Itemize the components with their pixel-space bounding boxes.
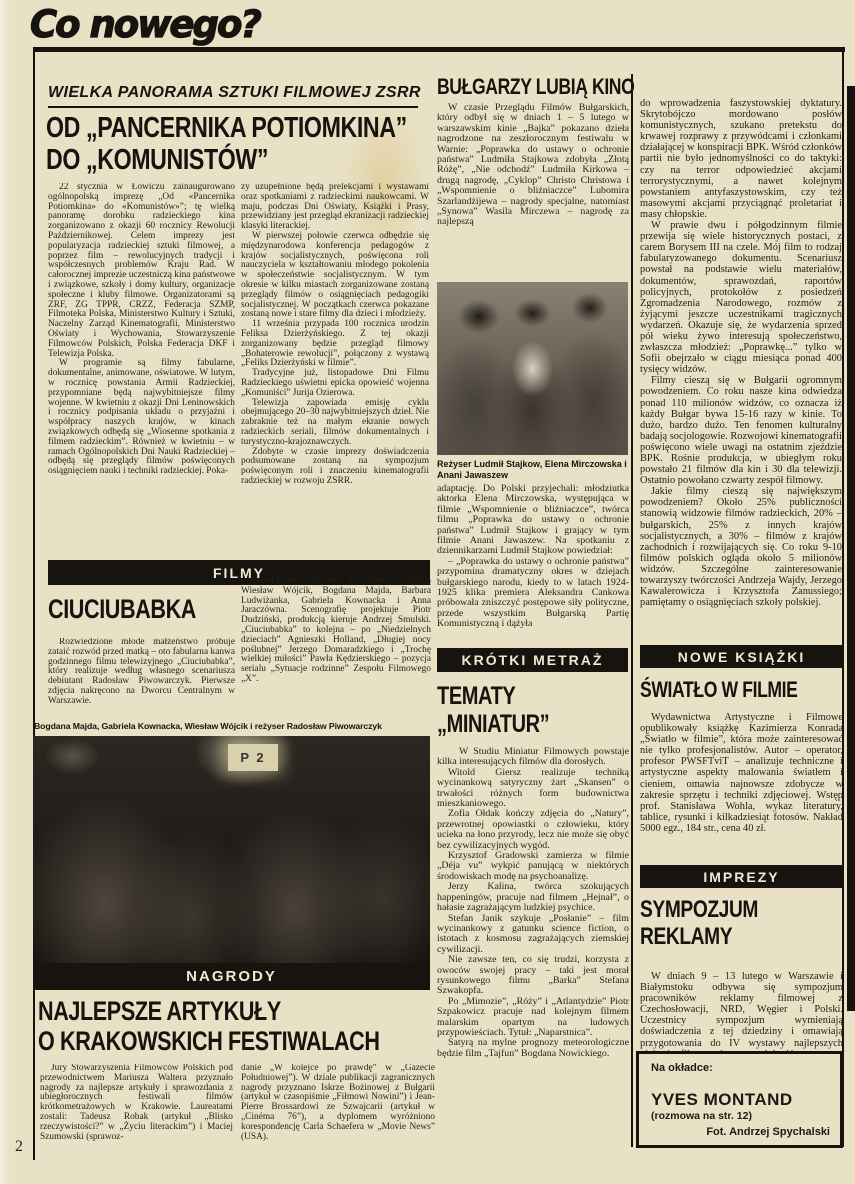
article-paragraph: danie „W kolejce po prawdę” w „Gazecie P…	[241, 1064, 435, 1142]
article-paragraph: W dniach 9 – 13 lutego w Warszawie i Bia…	[640, 971, 843, 1051]
article-paragraph: Jakie filmy cieszą się największym powod…	[640, 486, 842, 608]
krakow-headline-line1: NAJLEPSZE ARTYKUŁY	[38, 996, 281, 1026]
tematy-headline-line2: „MINIATUR”	[437, 710, 549, 738]
krakow-article-headline: NAJLEPSZE ARTYKUŁY O KRAKOWSKICH FESTIWA…	[38, 996, 465, 1056]
article-paragraph: Krzysztof Gradowski zamierza w filmie „D…	[437, 851, 629, 882]
article-paragraph: Zofia Ołdak kończy zdjęcia do „Natury”, …	[437, 809, 629, 851]
bulgaria-photo-caption: Reżyser Ludmił Stajkow, Elena Mirczowska…	[437, 459, 629, 482]
tematy-headline-line1: TEMATY	[437, 682, 515, 710]
article-paragraph: adaptację. Do Polski przyjechali: młodzi…	[437, 484, 629, 557]
nagrody-section-bar: NAGRODY	[33, 963, 430, 990]
books-text: Wydawnictwa Artystyczne i Filmowe opubli…	[640, 712, 843, 862]
bulgaria-middle-text: adaptację. Do Polski przyjechali: młodzi…	[437, 484, 629, 646]
swiatlo-headline-text: ŚWIATŁO W FILMIE	[640, 677, 798, 703]
article-paragraph: Po „Mimozie”, „Róży” i „Atlantydzie” Pio…	[437, 997, 629, 1039]
bulgaria-intro: W czasie Przeglądu Filmów Bułgarskich, k…	[437, 103, 629, 281]
article-paragraph: Zdobyte w czasie imprezy doświadczenia p…	[241, 448, 429, 487]
article-paragraph: W programie są filmy fabularne, dokument…	[48, 359, 235, 477]
ciuciubabka-column2: Przed kamerą Zdzisława Kaczmarka występu…	[241, 577, 431, 719]
krakow-article-column2: danie „W kolejce po prawdę” w „Gazecie P…	[241, 1064, 435, 1178]
article-paragraph: Telewizja zapowiada emisję cyklu obejmuj…	[241, 399, 429, 448]
platform-sign: P 2	[228, 744, 278, 771]
article-paragraph: 11 września przypada 100 rocznica urodzi…	[241, 320, 429, 369]
article-paragraph: Jury Stowarzyszenia Filmowców Polskich p…	[40, 1064, 233, 1142]
krotki-metraz-bar: KRÓTKI METRAŻ	[437, 648, 628, 672]
tematy-text: W Studiu Miniatur Filmowych powstaje kil…	[437, 747, 629, 1177]
article-paragraph: Jerzy Kalina, twórca szokujących happeni…	[437, 882, 629, 913]
krakow-article-column1: Jury Stowarzyszenia Filmowców Polskich p…	[40, 1064, 233, 1178]
bulgaria-guests-photo	[437, 282, 628, 455]
column-divider-rule	[631, 74, 633, 1147]
article-paragraph: Wydawnictwa Artystyczne i Filmowe opubli…	[640, 712, 843, 834]
top-rule	[33, 47, 845, 52]
station-photo-caption: Bogdana Majda, Gabriela Kownacka, Wiesła…	[34, 721, 434, 733]
bulgaria-headline-text: BUŁGARZY LUBIĄ KINO	[437, 74, 634, 100]
article-paragraph: 22 stycznia w Łowiczu zainaugurowano ogó…	[48, 183, 235, 359]
article-paragraph: zy uzupełnione będą prelekcjami i wystaw…	[241, 183, 429, 232]
article-paragraph: Przed kamerą Zdzisława Kaczmarka występu…	[241, 577, 431, 685]
page-title: Co nowego?	[30, 3, 260, 46]
article-paragraph: Filmy cieszą się w Bułgarii ogromnym pow…	[640, 375, 842, 486]
article-paragraph: Stefan Janik szykuje „Posłanie” – film w…	[437, 914, 629, 956]
events-text: W dniach 9 – 13 lutego w Warszawie i Bia…	[640, 971, 843, 1051]
tematy-headline: TEMATY „MINIATUR”	[437, 682, 577, 738]
sympozjum-headline: SYMPOZJUM REKLAMY	[640, 896, 788, 950]
right-heavy-rule	[847, 86, 855, 1011]
cover-note: (rozmowa na str. 12)	[651, 1110, 752, 1122]
article-paragraph: W czasie Przeglądu Filmów Bułgarskich, k…	[437, 103, 629, 228]
sympozjum-headline-line1: SYMPOZJUM	[640, 896, 758, 923]
soviet-article-column2: zy uzupełnione będą prelekcjami i wystaw…	[241, 183, 429, 563]
article-paragraph: W pierwszej połowie czerwca odbędzie się…	[241, 232, 429, 320]
article-paragraph: – „Poprawka do ustawy o ochronie państwa…	[437, 557, 629, 630]
article-paragraph: W prawie dwu i półgodzinnym filmie przew…	[640, 220, 842, 375]
imprezy-bar: IMPREZY	[640, 865, 843, 888]
station-night-photo: P 2	[33, 736, 430, 963]
ciuciubabka-column1: Rozwiedzione młode małżeństwo próbuje za…	[48, 638, 235, 723]
swiatlo-headline: ŚWIATŁO W FILMIE	[640, 677, 837, 703]
page-number: 2	[15, 1138, 23, 1156]
article-paragraph: W Studiu Miniatur Filmowych powstaje kil…	[437, 747, 629, 768]
article-paragraph: do wprowadzenia faszystowskiej dyktatury…	[640, 98, 842, 220]
soviet-article-headline: OD „PANCERNIKA POTIOMKINA” DO „KOMUNISTÓ…	[46, 112, 497, 176]
newspaper-page: Co nowego? WIELKA PANORAMA SZTUKI FILMOW…	[0, 0, 855, 1184]
soviet-article-kicker: WIELKA PANORAMA SZTUKI FILMOWEJ ZSRR	[48, 84, 421, 102]
article-paragraph: Nie zawsze ten, co się trudzi, korzysta …	[437, 955, 629, 997]
kicker-rule	[48, 106, 418, 108]
cover-label: Na okładce:	[651, 1062, 713, 1074]
article-paragraph: Tradycyjne już, listopadowe Dni Filmu Ra…	[241, 369, 429, 398]
bulgaria-headline: BUŁGARZY LUBIĄ KINO	[437, 74, 684, 100]
cover-info-box: Na okładce: YVES MONTAND (rozmowa na str…	[636, 1051, 843, 1148]
bulgaria-right-column: do wprowadzenia faszystowskiej dyktatury…	[640, 98, 842, 644]
ciuciubabka-headline: CIUCIUBABKA	[48, 594, 233, 625]
soviet-article-column1: 22 stycznia w Łowiczu zainaugurowano ogó…	[48, 183, 235, 563]
scan-edge	[0, 0, 10, 1184]
cover-photo-credit: Fot. Andrzej Spychalski	[706, 1126, 830, 1138]
left-rule	[33, 47, 35, 1160]
nowe-ksiazki-bar: NOWE KSIĄŻKI	[640, 645, 843, 668]
sympozjum-headline-line2: REKLAMY	[640, 923, 732, 950]
soviet-headline-line2: DO „KOMUNISTÓW”	[46, 144, 268, 176]
soviet-headline-line1: OD „PANCERNIKA POTIOMKINA”	[46, 112, 407, 144]
ciuciubabka-headline-text: CIUCIUBABKA	[48, 594, 196, 625]
article-paragraph: Satyrą na mylne prognozy meteorologiczne…	[437, 1038, 629, 1059]
cover-name: YVES MONTAND	[651, 1090, 793, 1110]
article-paragraph: Rozwiedzione młode małżeństwo próbuje za…	[48, 638, 235, 707]
krakow-headline-line2: O KRAKOWSKICH FESTIWALACH	[38, 1026, 380, 1056]
article-paragraph: Witold Giersz realizuje techniką wycinan…	[437, 768, 629, 810]
